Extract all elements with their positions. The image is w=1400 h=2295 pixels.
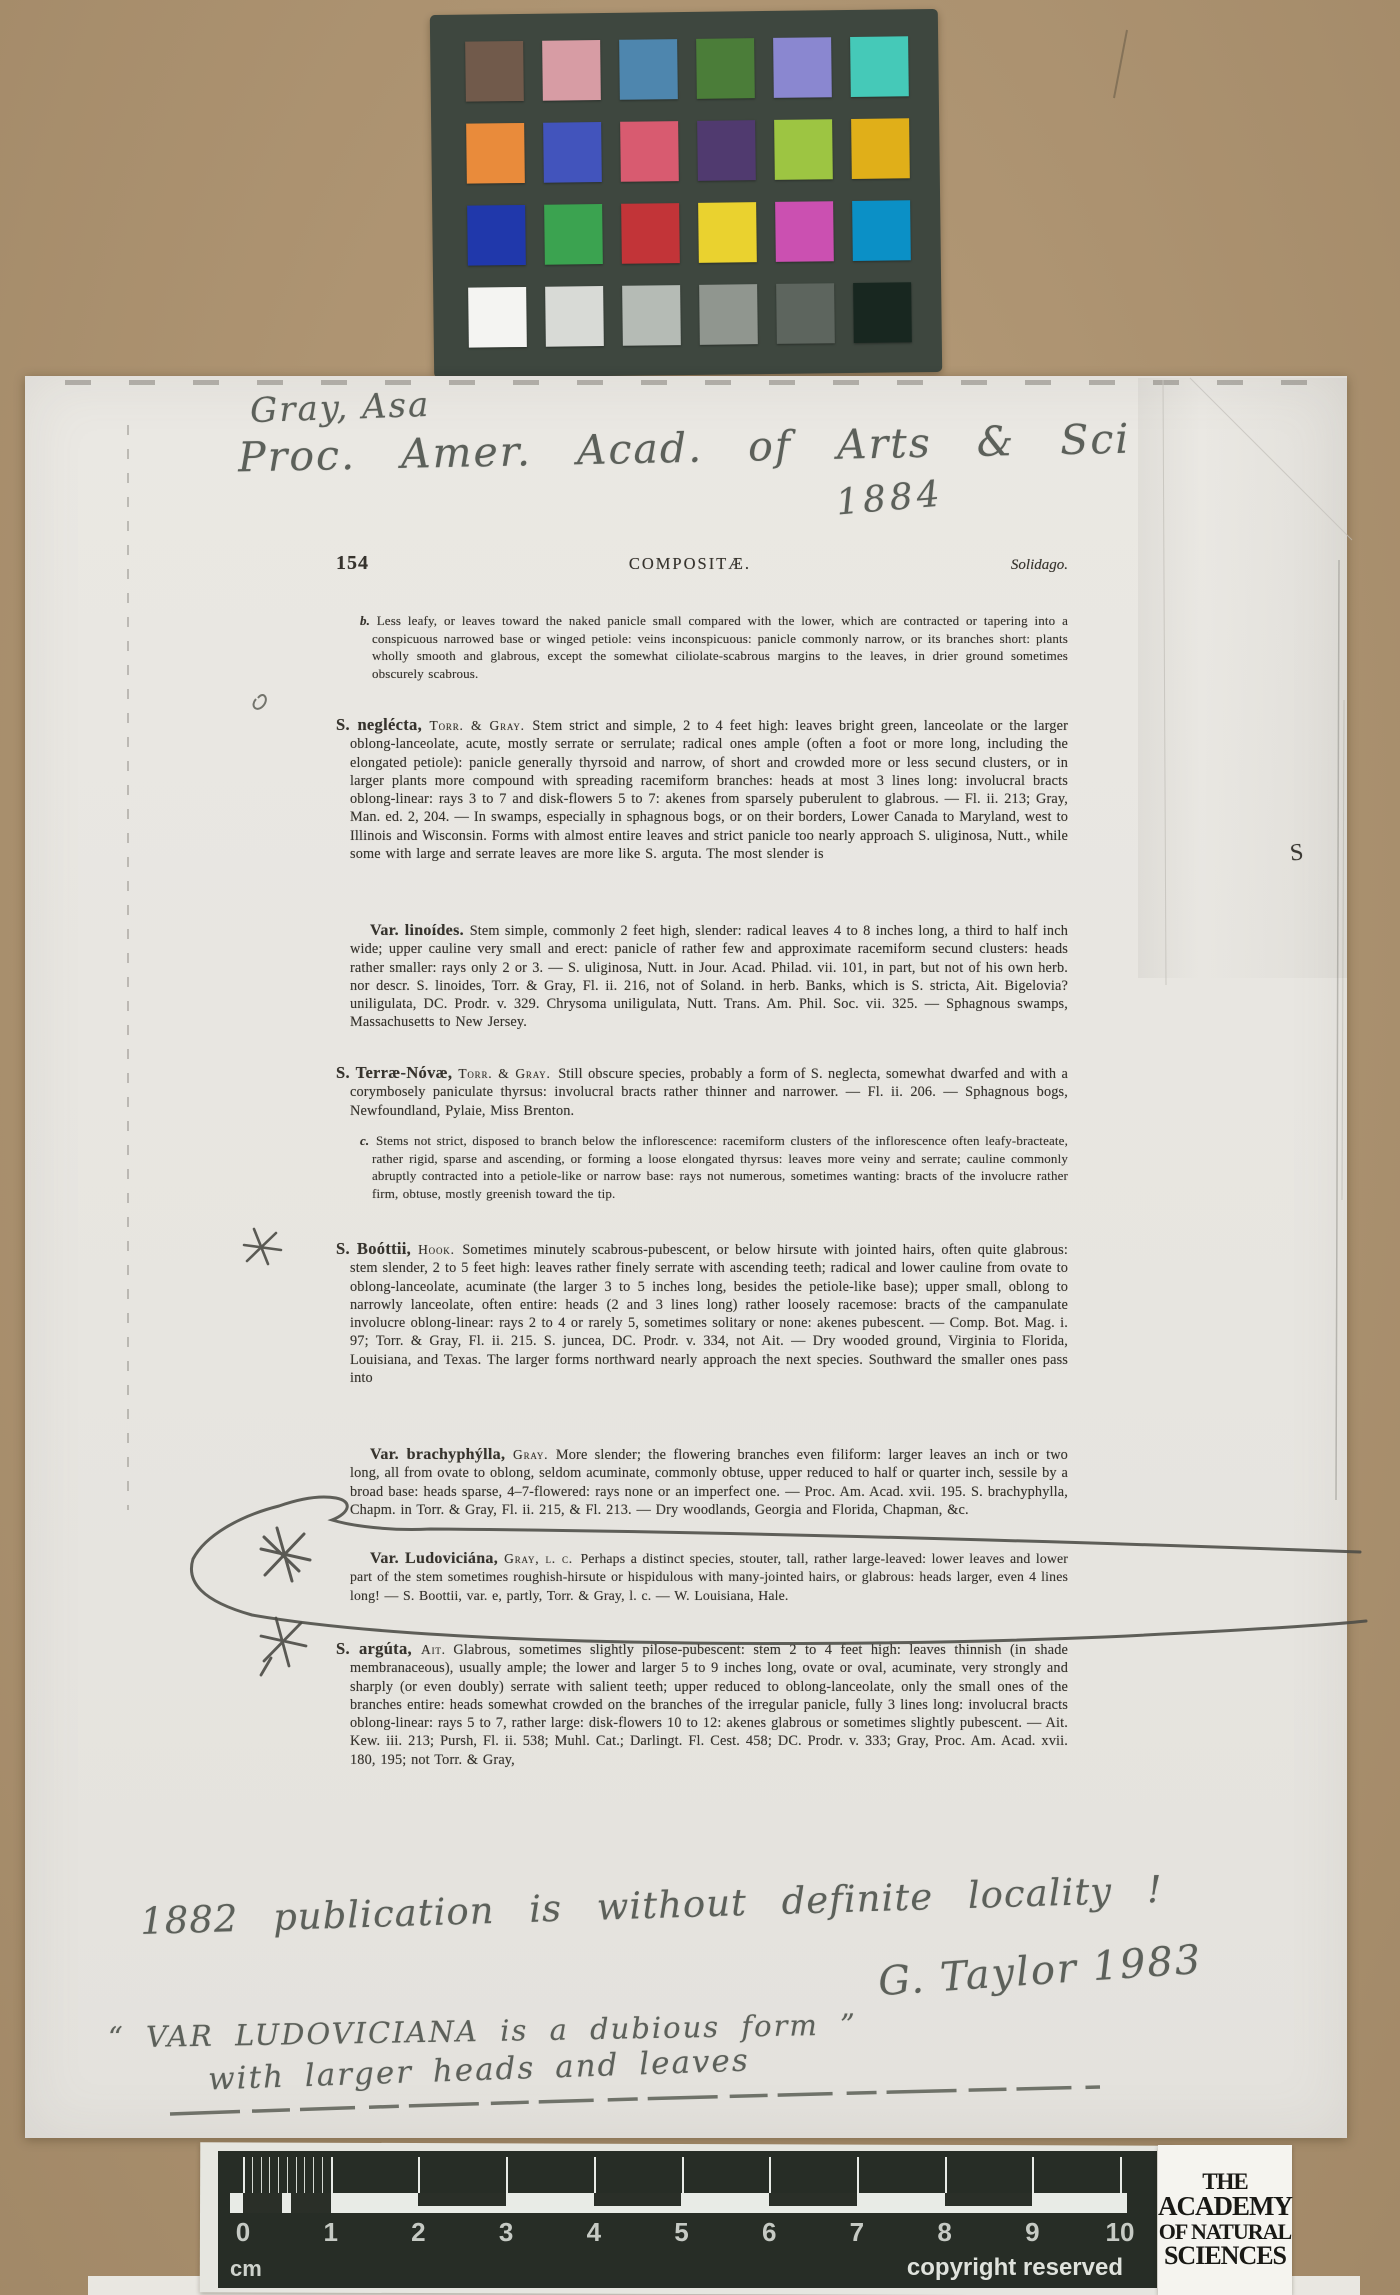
species-paragraph: S. Boóttii, Hook. Sometimes minutely sca…	[350, 1240, 1068, 1387]
ruler-cm-tick	[594, 2157, 596, 2193]
ruler-number: 9	[1010, 2217, 1054, 2248]
running-head-genus: Solidago.	[1011, 557, 1068, 574]
paragraph-text: Stem strict and simple, 2 to 4 feet high…	[350, 718, 1068, 862]
key-paragraph: b. Less leafy, or leaves toward the nake…	[372, 612, 1068, 682]
color-swatch	[465, 41, 524, 102]
ruler-mm-tick	[322, 2157, 323, 2193]
variety-paragraph: Var. brachyphýlla, Gray. More slender; t…	[350, 1446, 1068, 1519]
color-swatch	[468, 287, 527, 348]
species-paragraph: S. argúta, Ait. Glabrous, sometimes slig…	[350, 1640, 1068, 1769]
authority-abbreviation: Gray, l. c.	[504, 1551, 580, 1566]
color-swatch	[542, 40, 601, 101]
authority-abbreviation: Hook.	[418, 1242, 462, 1257]
margin-letter-s: S	[1289, 839, 1305, 867]
color-swatch	[545, 286, 604, 347]
paragraph-text: Stems not strict, disposed to branch bel…	[372, 1133, 1068, 1201]
page-number: 154	[336, 552, 369, 575]
variety-name: Var. Ludoviciána,	[370, 1550, 504, 1567]
color-swatch	[774, 119, 833, 180]
authority-abbreviation: Ait.	[421, 1642, 453, 1657]
handwritten-author: Gray, Asa	[249, 385, 431, 431]
cardboard-scratch	[1114, 30, 1127, 98]
ruler-number: 8	[923, 2217, 967, 2248]
color-swatch	[621, 203, 680, 264]
ruler-mm-tick	[278, 2157, 279, 2193]
ruler-cm-tick	[243, 2157, 245, 2193]
color-swatch	[543, 122, 602, 183]
ruler-band-block	[243, 2193, 282, 2213]
color-swatch	[622, 285, 681, 346]
ruler-cm-tick	[506, 2157, 508, 2193]
ruler-band-block	[291, 2193, 330, 2213]
color-calibration-chart	[430, 9, 942, 378]
ruler-cm-tick	[331, 2157, 333, 2193]
key-marker: b.	[360, 613, 377, 628]
ruler-number: 5	[660, 2217, 704, 2248]
paragraph-text: Sometimes minutely scabrous-pubescent, o…	[350, 1242, 1068, 1386]
academy-label-line: SCIENCES	[1164, 2243, 1286, 2270]
ruler-cm-tick	[1032, 2157, 1034, 2193]
academy-label-line: OF NATURAL	[1159, 2221, 1291, 2243]
ruler-number: 3	[484, 2217, 528, 2248]
key-paragraph: c. Stems not strict, disposed to branch …	[372, 1132, 1068, 1202]
paragraph-text: Stem simple, commonly 2 feet high, slend…	[350, 923, 1068, 1030]
ruler-band-block	[418, 2193, 506, 2206]
color-swatch	[850, 36, 909, 97]
species-name: S. neglécta,	[336, 715, 430, 734]
ruler-checker-band	[230, 2193, 1127, 2213]
color-swatch	[699, 284, 758, 345]
ruler-number: 10	[1098, 2217, 1142, 2248]
ruler-number: 2	[396, 2217, 440, 2248]
color-swatch	[620, 121, 679, 182]
ruler-number: 0	[221, 2217, 265, 2248]
key-marker: c.	[360, 1133, 376, 1148]
paper-fold-shade	[1138, 378, 1347, 978]
ruler-cm-tick	[769, 2157, 771, 2193]
color-swatch	[852, 200, 911, 261]
ruler-mm-tick	[313, 2157, 314, 2193]
color-swatch	[698, 202, 757, 263]
color-swatch	[697, 120, 756, 181]
ruler-mm-tick	[287, 2157, 288, 2193]
scale-ruler: 012345678910 cm copyright reserved	[218, 2151, 1157, 2288]
species-name: S. Boóttii,	[336, 1239, 418, 1258]
ruler-cm-tick	[418, 2157, 420, 2193]
photograph-of-archival-document: { "palette": { "cardboard": "#b49873", "…	[0, 0, 1400, 2295]
species-paragraph: S. neglécta, Torr. & Gray. Stem strict a…	[350, 716, 1068, 863]
color-swatch	[696, 38, 755, 99]
academy-of-natural-sciences-label: THEACADEMYOF NATURALSCIENCES	[1158, 2145, 1292, 2295]
ruler-mm-tick	[269, 2157, 270, 2193]
copyright-text: copyright reserved	[907, 2254, 1123, 2282]
ruler-cm-tick	[682, 2157, 684, 2193]
page-header: 154 COMPOSITÆ. Solidago.	[336, 552, 1068, 575]
variety-name: Var. linoídes.	[370, 922, 470, 939]
academy-label-line: ACADEMY	[1158, 2193, 1292, 2221]
species-name: S. Terræ-Nóvæ,	[336, 1063, 458, 1082]
academy-label-line: THE	[1202, 2170, 1248, 2193]
ruler-cm-tick	[945, 2157, 947, 2193]
ruler-mm-tick	[296, 2157, 297, 2193]
ruler-band-block	[769, 2193, 857, 2206]
paragraph-text: Glabrous, sometimes slightly pilose-pube…	[350, 1642, 1068, 1768]
ruler-unit-label: cm	[230, 2256, 262, 2282]
authority-abbreviation: Torr. & Gray.	[458, 1066, 558, 1081]
ruler-mm-tick	[304, 2157, 305, 2193]
ruler-band-block	[945, 2193, 1033, 2206]
authority-abbreviation: Gray.	[513, 1447, 556, 1462]
species-name: S. argúta,	[336, 1639, 421, 1658]
ruler-number: 1	[309, 2217, 353, 2248]
color-swatch	[466, 123, 525, 184]
color-swatch	[776, 283, 835, 344]
ruler-cm-tick	[857, 2157, 859, 2193]
ruler-mm-tick	[261, 2157, 262, 2193]
paragraph-text: Less leafy, or leaves toward the naked p…	[372, 613, 1068, 681]
ruler-mm-tick	[252, 2157, 253, 2193]
variety-name: Var. brachyphýlla,	[370, 1446, 513, 1463]
variety-paragraph: Var. linoídes. Stem simple, commonly 2 f…	[350, 922, 1068, 1032]
authority-abbreviation: Torr. & Gray.	[430, 718, 533, 733]
color-swatch	[853, 282, 912, 343]
color-swatch	[467, 205, 526, 266]
color-swatch	[619, 39, 678, 100]
ruler-number: 4	[572, 2217, 616, 2248]
ruler-number: 7	[835, 2217, 879, 2248]
variety-paragraph: Var. Ludoviciána, Gray, l. c. Perhaps a …	[350, 1550, 1068, 1605]
ruler-cm-tick	[1120, 2157, 1122, 2193]
color-swatch	[775, 201, 834, 262]
color-swatch	[773, 37, 832, 98]
color-swatch	[851, 118, 910, 179]
color-swatch-grid	[465, 36, 942, 348]
color-swatch	[544, 204, 603, 265]
ruler-band-block	[594, 2193, 682, 2206]
ruler-number: 6	[747, 2217, 791, 2248]
species-paragraph: S. Terræ-Nóvæ, Torr. & Gray. Still obscu…	[350, 1064, 1068, 1120]
page-title: COMPOSITÆ.	[369, 554, 1011, 574]
